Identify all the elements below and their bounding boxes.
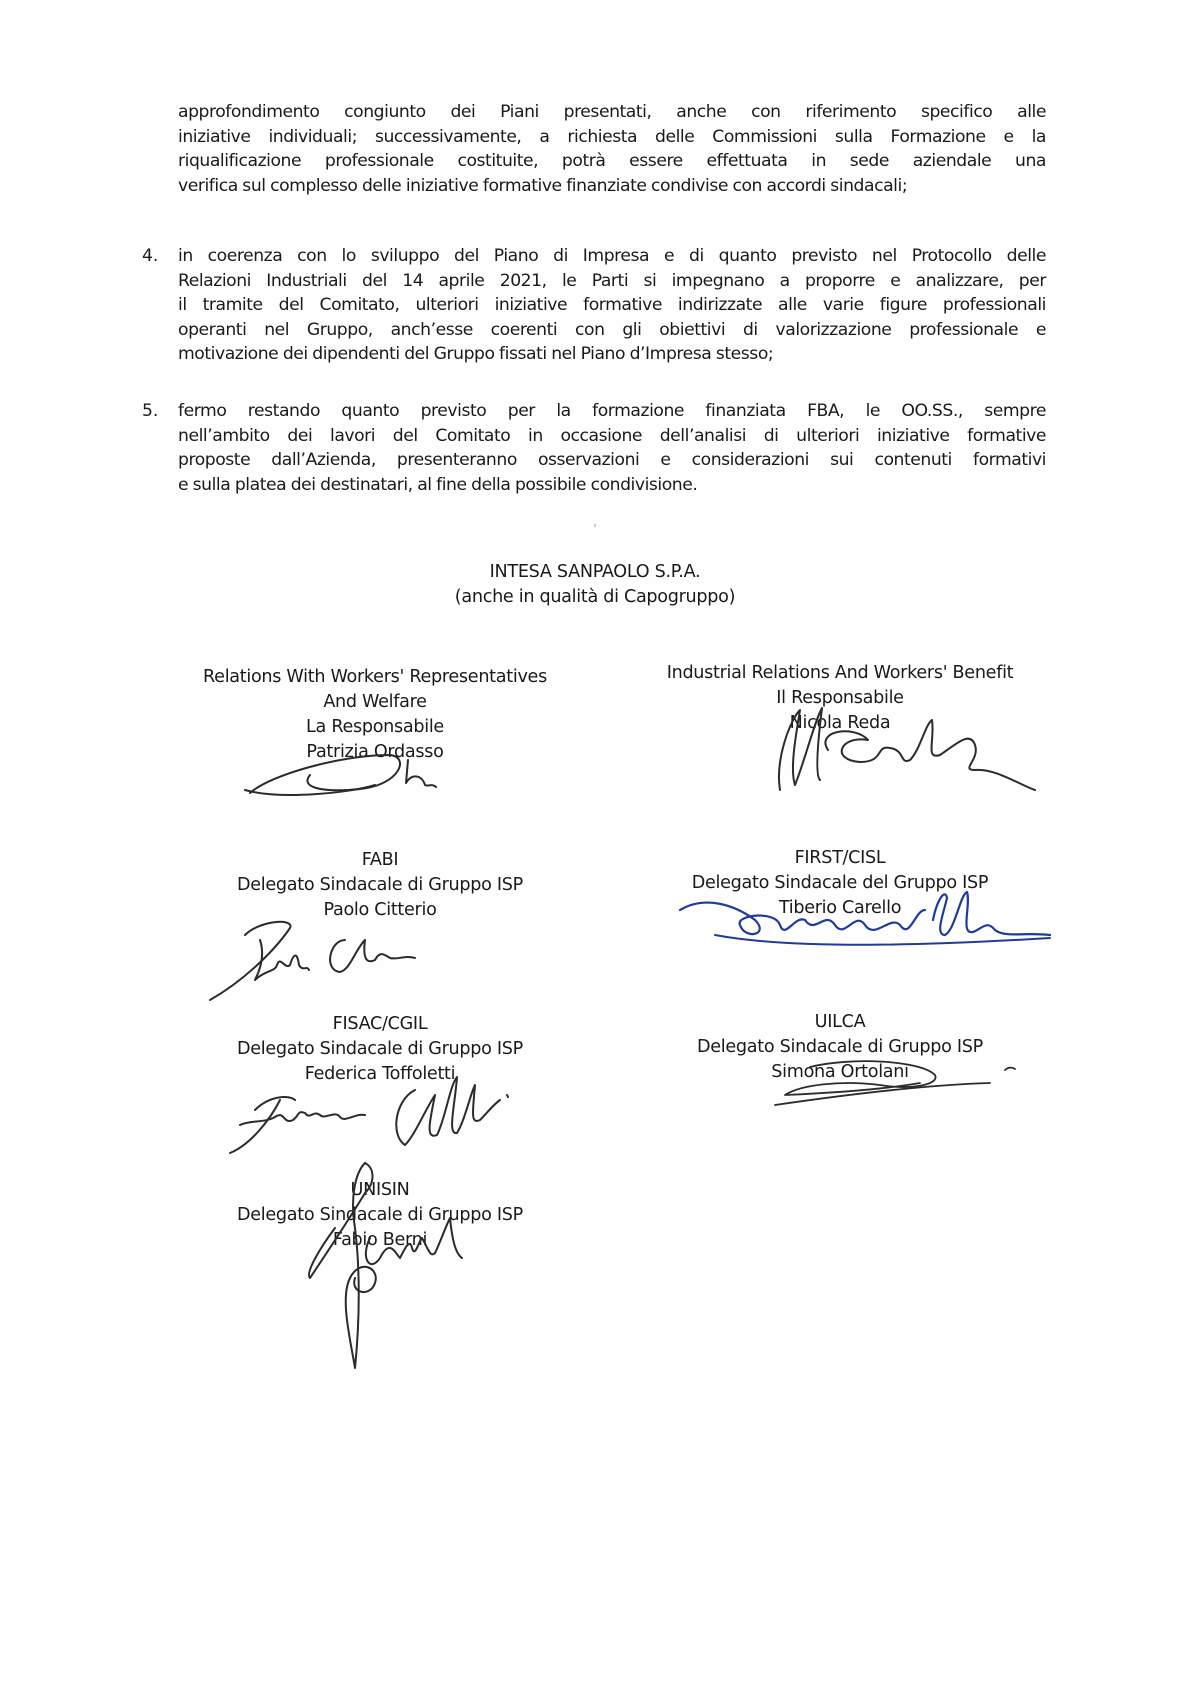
signatory-name: Federica Toffoletti: [180, 1062, 580, 1087]
signatory-role: Delegato Sindacale di Gruppo ISP: [180, 873, 580, 898]
paragraph-line: iniziative individuali; successivamente,…: [178, 125, 1046, 150]
paragraph-line: il tramite del Comitato, ulteriori inizi…: [178, 293, 1046, 318]
signatory-name: Simona Ortolani: [640, 1060, 1040, 1085]
union-name: UILCA: [640, 1010, 1040, 1035]
signatory-name: Nicola Reda: [625, 711, 1055, 736]
paragraph-line: verifica sul complesso delle iniziative …: [178, 174, 1046, 199]
paragraph-line: fermo restando quanto previsto per la fo…: [178, 399, 1046, 424]
company-name: INTESA SANPAOLO S.P.A.: [395, 560, 795, 585]
company-block: INTESA SANPAOLO S.P.A. (anche in qualità…: [395, 560, 795, 610]
signatory-industrial-relations: Industrial Relations And Workers' Benefi…: [625, 661, 1055, 736]
continuation-paragraph: approfondimento congiunto dei Piani pres…: [178, 100, 1046, 198]
paragraph-line: riqualificazione professionale costituit…: [178, 149, 1046, 174]
item-number: 4.: [142, 244, 158, 269]
signatory-role: La Responsabile: [160, 715, 590, 740]
signatory-name: Patrizia Ordasso: [160, 740, 590, 765]
signatory-role: Delegato Sindacale del Gruppo ISP: [625, 871, 1055, 896]
signatory-role: Delegato Sindacale di Gruppo ISP: [180, 1203, 580, 1228]
paragraph-line: in coerenza con lo sviluppo del Piano di…: [178, 244, 1046, 269]
signatory-title: And Welfare: [160, 690, 590, 715]
union-name: UNISIN: [180, 1178, 580, 1203]
paragraph-line: e sulla platea dei destinatari, al fine …: [178, 473, 1046, 498]
signatory-first-cisl: FIRST/CISL Delegato Sindacale del Gruppo…: [625, 846, 1055, 921]
signatory-title: Industrial Relations And Workers' Benefi…: [625, 661, 1055, 686]
paragraph-line: approfondimento congiunto dei Piani pres…: [178, 100, 1046, 125]
paragraph-line: proposte dall’Azienda, presenteranno oss…: [178, 448, 1046, 473]
signatory-role: Il Responsabile: [625, 686, 1055, 711]
paragraph-line: operanti nel Gruppo, anch’esse coerenti …: [178, 318, 1046, 343]
scan-speck: [594, 524, 596, 527]
paragraph-line: Relazioni Industriali del 14 aprile 2021…: [178, 269, 1046, 294]
signatory-title: Relations With Workers' Representatives: [160, 665, 590, 690]
union-name: FISAC/CGIL: [180, 1012, 580, 1037]
signatory-fisac-cgil: FISAC/CGIL Delegato Sindacale di Gruppo …: [180, 1012, 580, 1087]
paragraph-line: motivazione dei dipendenti del Gruppo fi…: [178, 342, 1046, 367]
signatory-fabi: FABI Delegato Sindacale di Gruppo ISP Pa…: [180, 848, 580, 923]
document-page: approfondimento congiunto dei Piani pres…: [0, 0, 1190, 1682]
signatory-role: Delegato Sindacale di Gruppo ISP: [640, 1035, 1040, 1060]
company-note: (anche in qualità di Capogruppo): [395, 585, 795, 610]
list-item-4: in coerenza con lo sviluppo del Piano di…: [178, 234, 1046, 367]
signatory-role: Delegato Sindacale di Gruppo ISP: [180, 1037, 580, 1062]
signatory-relations-workers: Relations With Workers' Representatives …: [160, 665, 590, 765]
list-item-5: fermo restando quanto previsto per la fo…: [178, 399, 1046, 497]
union-name: FABI: [180, 848, 580, 873]
union-name: FIRST/CISL: [625, 846, 1055, 871]
signature-citterio: [205, 910, 425, 1005]
signatory-unisin: UNISIN Delegato Sindacale di Gruppo ISP …: [180, 1178, 580, 1253]
paragraph-line: nell’ambito dei lavori del Comitato in o…: [178, 424, 1046, 449]
signatory-name: Paolo Citterio: [180, 898, 580, 923]
signatory-uilca: UILCA Delegato Sindacale di Gruppo ISP S…: [640, 1010, 1040, 1085]
signatory-name: Fabio Berni: [180, 1228, 580, 1253]
item-number: 5.: [142, 399, 158, 424]
signatory-name: Tiberio Carello: [625, 896, 1055, 921]
